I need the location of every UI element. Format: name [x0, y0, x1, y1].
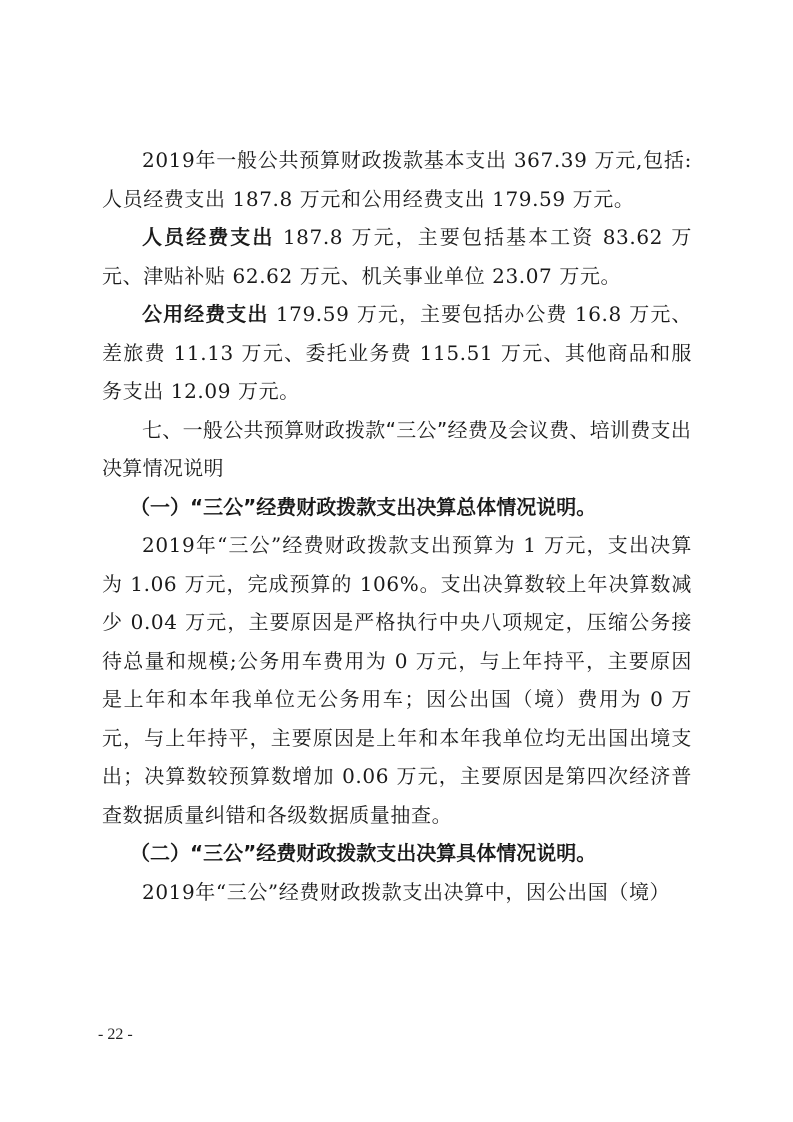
document-page: 2019年一般公共预算财政拨款基本支出 367.39 万元,包括:人员经费支出 … [0, 0, 793, 1122]
document-body: 2019年一般公共预算财政拨款基本支出 367.39 万元,包括:人员经费支出 … [102, 141, 692, 911]
paragraph-public-expenditure: 公用经费支出 179.59 万元，主要包括办公费 16.8 万元、差旅费 11.… [102, 295, 692, 411]
paragraph-basic-expenditure: 2019年一般公共预算财政拨款基本支出 367.39 万元,包括:人员经费支出 … [102, 141, 692, 218]
paragraph-three-public-overall: 2019年“三公”经费财政拨款支出预算为 1 万元，支出决算为 1.06 万元，… [102, 526, 692, 834]
section-heading-seven: 七、一般公共预算财政拨款“三公”经费及会议费、培训费支出决算情况说明 [102, 411, 692, 488]
subheading-detail: （二）“三公”经费财政拨款支出决算具体情况说明。 [102, 834, 692, 873]
paragraph-three-public-detail: 2019年“三公”经费财政拨款支出决算中，因公出国（境） [102, 873, 692, 912]
paragraph-text: 2019年“三公”经费财政拨款支出决算中，因公出国（境） [142, 880, 670, 904]
paragraph-text: 2019年一般公共预算财政拨款基本支出 367.39 万元,包括:人员经费支出 … [102, 148, 692, 211]
subheading-overall: （一）“三公”经费财政拨款支出决算总体情况说明。 [102, 488, 692, 527]
page-number: - 22 - [98, 1026, 133, 1044]
paragraph-lead: 人员经费支出 [142, 225, 274, 249]
paragraph-lead: 公用经费支出 [142, 302, 268, 326]
paragraph-personnel-expenditure: 人员经费支出 187.8 万元，主要包括基本工资 83.62 万元、津贴补贴 6… [102, 218, 692, 295]
paragraph-text: 2019年“三公”经费财政拨款支出预算为 1 万元，支出决算为 1.06 万元，… [102, 533, 692, 827]
